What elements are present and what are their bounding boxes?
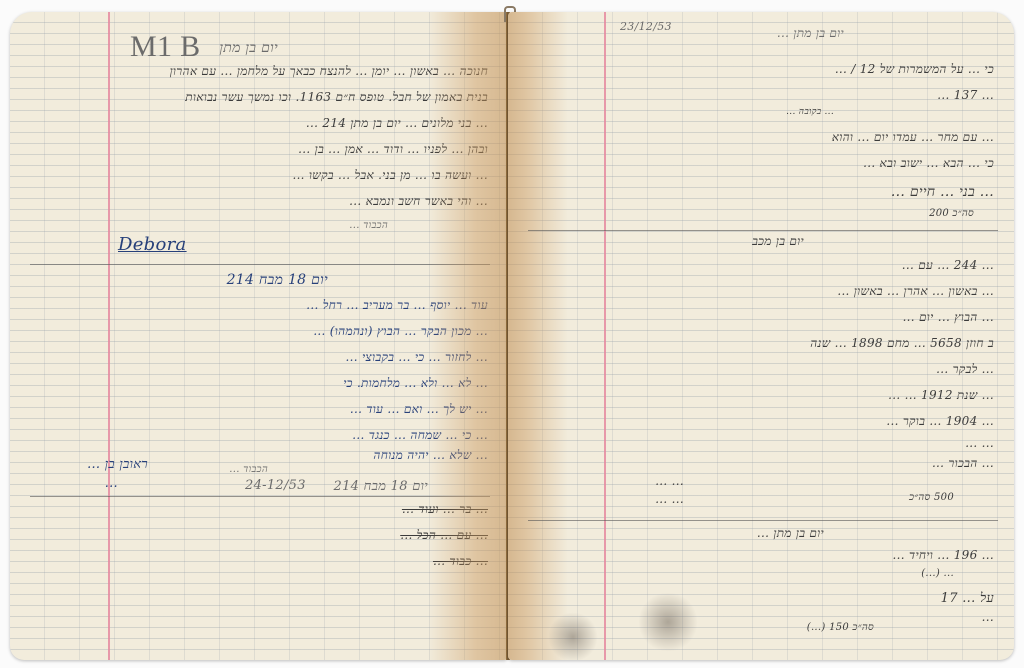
struck-line: ... עם ... הכל ... (400, 528, 488, 543)
entry-date: 24-12/53 (245, 478, 306, 493)
divider (30, 496, 490, 497)
margin-line (604, 12, 606, 660)
entry-total: סה״כ 200 (929, 208, 974, 219)
struck-line: ... כבוד ... (433, 554, 488, 569)
text-line: ... (982, 610, 994, 624)
text-line: ... עם מחר ... עמדו יום ... והוא (832, 130, 994, 145)
text-line: ... ... (965, 436, 994, 450)
entry-heading: יום בן מכב (752, 234, 804, 249)
ink-stain (638, 592, 698, 652)
text-line: ... והי באשר חשב ונמבא ... (349, 194, 488, 209)
signature: ... ... (655, 492, 684, 506)
signature: Debora (118, 234, 187, 255)
entry-heading: יום 18 מבח 214 (227, 272, 328, 289)
text-line: ... באשון ... אהרן ... באשון ... (837, 284, 994, 299)
text-line: ... (...) (921, 568, 954, 579)
text-line: חנוכה ... באשון ... יומן ... להנצח כבאך … (170, 64, 488, 79)
corner-label: M1 B (130, 30, 200, 64)
text-line: כי ... הבא ... ישוב ובא ... (863, 156, 994, 171)
entry-heading: יום בן מתן ... (757, 526, 824, 541)
signature: ... ... (655, 474, 684, 488)
right-page: 23/12/53 יום בן מתן ... כי ... על המשמרו… (508, 12, 1014, 660)
text-line: ... הבוץ ... יום ... (903, 310, 994, 325)
text-line: עוד ... יוסף ... בר מעריב ... רחל ... (306, 298, 488, 313)
text-line: ... לבקר ... (936, 362, 994, 377)
signature: ... (105, 476, 118, 491)
text-line: ובהן ... לפניו ... ודוד ... אמן ... בן .… (298, 142, 488, 157)
entry-heading: יום בן מתן (219, 40, 278, 57)
text-line: ... לא ... ולא ... מלחמות. כי (343, 376, 488, 391)
text-line: ... לחזור ... כי ... בקבוצי ... (346, 350, 489, 365)
open-notebook: M1 B יום בן מתן חנוכה ... באשון ... יומן… (10, 12, 1014, 660)
text-line: ... בני ... חיים ... (891, 184, 994, 201)
text-line: ... ועשה בו ... מן בני. אבל ... בקשו ... (292, 168, 488, 183)
entry-heading: יום בן מתן ... (777, 26, 844, 41)
text-line: ... בני מלונים ... יום בן מתן 214 ... (306, 116, 488, 131)
text-line: ... יש לך ... ואם ... עוד ... (350, 402, 488, 417)
page-date: 23/12/53 (620, 20, 672, 33)
divider (30, 264, 490, 265)
entry-total: 500 סה״כ (909, 492, 954, 503)
text-line: ... 137 ... (937, 88, 994, 102)
entry-total: סה״כ 150 (...) (807, 622, 874, 633)
entry-heading: יום 18 מבח 214 (334, 478, 429, 494)
text-line: ... 244 ... עם ... (902, 258, 994, 273)
text-line: ... שלא ... יהיה מנוחה (373, 448, 488, 463)
divider (528, 520, 998, 521)
ink-stain (548, 612, 598, 660)
text-line: כי ... על המשמרות של 12 / ... (835, 62, 994, 77)
text-line: ב חוזן 5658 ... מחם 1898 ... שנה (810, 336, 994, 351)
struck-line: ... בר ... ועוד ... (402, 502, 488, 517)
text-line: ... 1904 ... בוקר ... (886, 414, 994, 429)
left-page: M1 B יום בן מתן חנוכה ... באשון ... יומן… (10, 12, 508, 660)
text-line: ... מכון הבקר ... הבוץ (ונהמהו) ... (313, 324, 488, 339)
signoff: הכבוד ... (349, 220, 388, 231)
text-line: בנית באמון של חבל. טופס ח״ם 1163. וכו נמ… (185, 90, 488, 105)
text-line: ... הבכור ... (932, 456, 994, 471)
signoff: הכבוד ... (229, 464, 268, 475)
signature: ראובן בן ... (87, 456, 148, 472)
divider (528, 230, 998, 231)
margin-line (108, 12, 110, 660)
text-line: ... 196 ... ויחיד ... (893, 548, 994, 563)
text-line: ... שנת 1912 ... ... (888, 388, 994, 403)
text-line: ... בקובה ... (786, 106, 834, 117)
text-line: על ... 17 (941, 590, 994, 606)
text-line: ... כי ... שמחה ... כנגד ... (352, 428, 488, 443)
